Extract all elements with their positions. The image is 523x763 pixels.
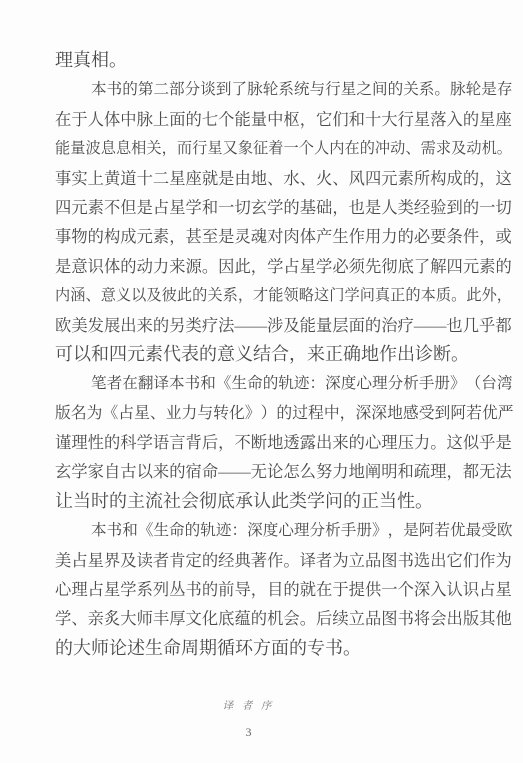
text-line: 本书和《生命的轨迹：深度心理分析手册》，是阿若优最受欧 <box>55 516 512 545</box>
text-line: 笔者在翻译本书和《生命的轨迹：深度心理分析手册》（台湾 <box>55 369 512 398</box>
text-line: 让当时的主流社会彻底承认此类学问的正当性。 <box>55 487 512 516</box>
text-line: 玄学家自古以来的宿命——无论怎么努力地阐明和疏理，都无法 <box>55 457 512 486</box>
page-footer: 译 者 序 3 <box>0 700 510 739</box>
text-line: 事物的构成元素，甚至是灵魂对肉体产生作用力的必要条件，或 <box>55 222 512 251</box>
text-line: 在于人体中脉上面的七个能量中枢，它们和十大行星落入的星座 <box>55 105 512 134</box>
text-line: 美占星界及读者肯定的经典著作。译者为立品图书选出它们作为 <box>55 546 512 575</box>
text-line: 可以和四元素代表的意义结合，来正确地作出诊断。 <box>55 340 512 369</box>
text-line: 是意识体的动力来源。因此，学占星学必须先彻底了解四元素的 <box>55 252 512 281</box>
text-line: 欧美发展出来的另类疗法——涉及能量层面的治疗——也几乎都 <box>55 311 512 340</box>
text-line: 学、亲炙大师丰厚文化底蕴的机会。后续立品图书将会出版其他 <box>55 604 512 633</box>
text-line: 内涵、意义以及彼此的关系，才能领略这门学问真正的本质。此外， <box>55 281 512 310</box>
text-line: 能量波息息相关，而行星又象征着一个人内在的冲动、需求及动机。 <box>55 134 512 163</box>
text-line: 的大师论述生命周期循环方面的专书。 <box>55 634 512 663</box>
page-number: 3 <box>0 725 510 739</box>
text-line: 心理占星学系列丛书的前导，目的就在于提供一个深入认识占星 <box>55 575 512 604</box>
book-page: 理真相。本书的第二部分谈到了脉轮系统与行星之间的关系。脉轮是存在于人体中脉上面的… <box>0 0 523 763</box>
text-body: 理真相。本书的第二部分谈到了脉轮系统与行星之间的关系。脉轮是存在于人体中脉上面的… <box>55 46 512 663</box>
text-line: 版名为《占星、业力与转化》）的过程中，深深地感受到阿若优严 <box>55 399 512 428</box>
footer-section-label: 译 者 序 <box>0 700 510 714</box>
text-line: 本书的第二部分谈到了脉轮系统与行星之间的关系。脉轮是存 <box>55 75 512 104</box>
text-line: 谨理性的科学语言背后，不断地透露出来的心理压力。这似乎是 <box>55 428 512 457</box>
text-line: 事实上黄道十二星座就是由地、水、火、风四元素所构成的，这 <box>55 164 512 193</box>
text-line: 理真相。 <box>55 46 512 75</box>
text-line: 四元素不但是占星学和一切玄学的基础，也是人类经验到的一切 <box>55 193 512 222</box>
